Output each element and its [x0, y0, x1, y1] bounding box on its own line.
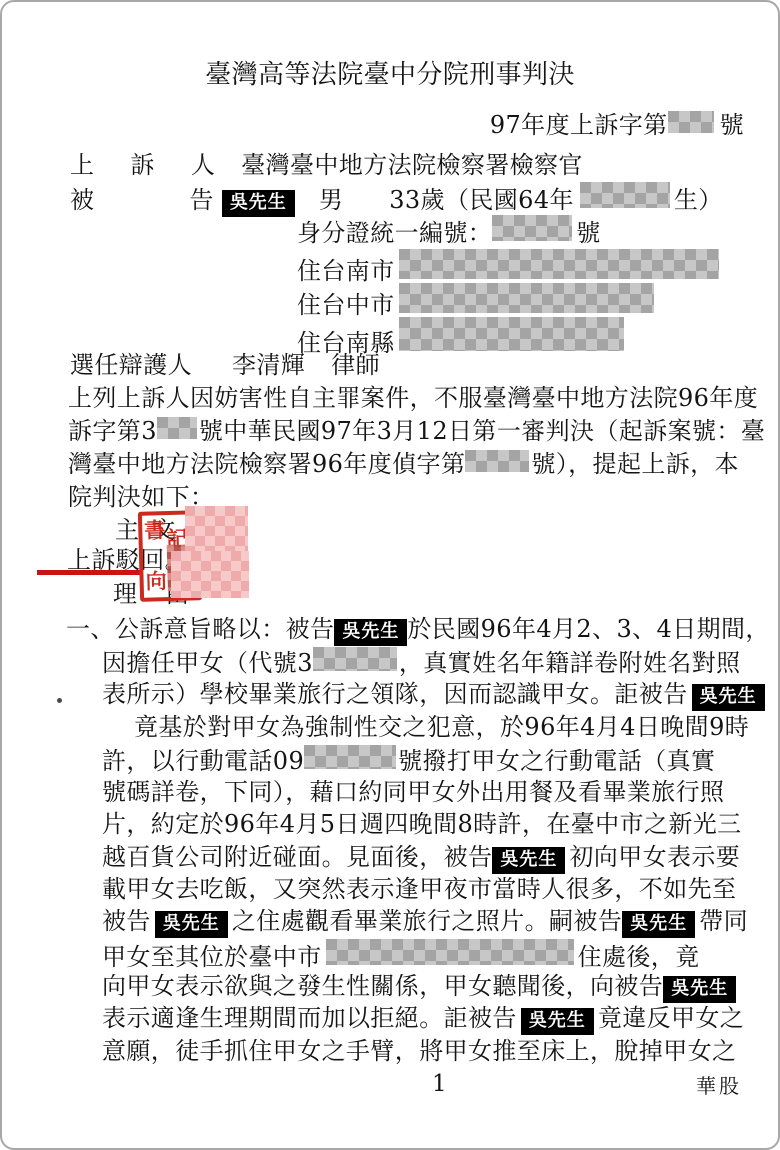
text-run: 越百貨公司附近碰面。見面後，被告: [102, 843, 492, 871]
redacted-defendant-name-box: 吳先生: [663, 976, 736, 1003]
text-run: 灣臺中地方法院檢察署96年度偵字第: [68, 450, 465, 478]
redacted-defendant-name-box: 吳先生: [492, 847, 565, 874]
text-run: 之住處觀看畢業旅行之照片。嗣被告: [232, 907, 622, 935]
division-label: 華股: [696, 1070, 742, 1099]
preamble-line-1: 上列上訴人因妨害性自主罪案件，不服臺灣臺中地方法院96年度: [68, 383, 758, 413]
text-run: 片，約定於96年4月5日週四晚間8時許，在臺中市之新光三: [102, 810, 742, 838]
text-run: 號: [720, 111, 744, 139]
redacted-defendant-name-box: 吳先生: [155, 911, 228, 938]
gray-redaction-mosaic: [668, 111, 714, 133]
text-run: 號撥打甲女之行動電話（真實: [398, 747, 715, 775]
text-run: 人: [191, 151, 215, 179]
body-line-1: 一、公訴意旨略以：被告吳先生於民國96年4月2、3、4日期間，: [66, 614, 770, 644]
redacted-defendant-name-box: 吳先生: [334, 619, 407, 646]
text-run: 初向甲女表示要: [569, 843, 740, 871]
body-line-7: 片，約定於96年4月5日週四晚間8時許，在臺中市之新光三: [102, 809, 742, 839]
text-run: 告: [189, 186, 213, 214]
text-run: 甲女至其位於臺中市: [102, 943, 322, 971]
text-run: 選任辯護人: [70, 351, 192, 379]
spacer: [214, 207, 222, 208]
spacer: [215, 172, 241, 173]
stamp-char-xiang: 向: [145, 570, 167, 592]
text-run: 臺灣高等法院臺中分院刑事判決: [205, 60, 575, 90]
stray-ink-dot: [57, 698, 62, 703]
text-run: 住處後，竟: [578, 943, 700, 971]
text-run: 97年度上訴字第: [490, 111, 668, 139]
text-run: 號中華民國97年3月12日第一審判決（起訴案號：臺: [199, 417, 765, 445]
gray-redaction-mosaic: [580, 182, 670, 208]
pink-redaction-mosaic: [171, 551, 249, 598]
text-run: 理: [113, 580, 137, 608]
text-run: 李清輝: [232, 351, 305, 379]
body-line-10: 被告吳先生之住處觀看畢業旅行之照片。嗣被告吳先生帶同: [102, 906, 748, 936]
text-run: 被告: [102, 907, 151, 935]
body-line-3: 表所示）學校畢業旅行之領隊，因而認識甲女。詎被告吳先生: [102, 679, 765, 709]
redacted-defendant-name-box: 吳先生: [692, 684, 765, 711]
defense-counsel-line: 選任辯護人李清輝律師: [70, 350, 380, 380]
spacer: [155, 172, 191, 173]
text-run: 住台中市: [297, 291, 395, 319]
redacted-defendant-name-box: 吳先生: [521, 1008, 594, 1035]
body-line-5: 許，以行動電話09號撥打甲女之行動電話（真實: [102, 745, 715, 775]
text-run: 訴: [130, 151, 154, 179]
text-run: 身分證統一編號：: [297, 219, 492, 247]
text-run: 號），提起上訴，本: [531, 450, 739, 478]
body-line-8: 越百貨公司附近碰面。見面後，被告吳先生初向甲女表示要: [102, 842, 740, 872]
text-run: 表示適逢生理期間而加以拒絕。詎被告: [102, 1004, 517, 1032]
body-line-9: 載甲女去吃飯，又突然表示逢甲夜市當時人很多，不如先至: [102, 874, 736, 904]
id-number-line: 身分證統一編號：號: [297, 215, 601, 245]
body-line-13: 表示適逢生理期間而加以拒絕。詎被告吳先生竟違反甲女之: [102, 1003, 744, 1033]
gray-redaction-mosaic: [157, 417, 197, 439]
text-run: 帶同: [699, 907, 748, 935]
text-run: 竟違反甲女之: [598, 1004, 744, 1032]
text-run: 訴字第3: [68, 417, 157, 445]
body-line-4: 竟基於對甲女為強制性交之犯意，於96年4月4日晚間9時: [134, 712, 749, 742]
text-run: 向甲女表示欲與之發生性關係，甲女聽聞後，向被告: [102, 972, 663, 1000]
text-run: 被: [70, 186, 94, 214]
spacer: [295, 207, 319, 208]
text-run: 載甲女去吃飯，又突然表示逢甲夜市當時人很多，不如先至: [102, 875, 736, 903]
spacer: [94, 207, 189, 208]
page-number: 1: [432, 1071, 447, 1097]
title-line: 臺灣高等法院臺中分院刑事判決: [2, 60, 778, 90]
body-line-11: 甲女至其位於臺中市住處後，竟: [102, 939, 700, 969]
redacted-defendant-name-box: 吳先生: [222, 190, 295, 217]
text-run: ，真實姓名年籍詳卷附姓名對照: [399, 649, 741, 677]
text-run: 上: [70, 151, 94, 179]
text-run: 住台南市: [297, 257, 395, 285]
party-defendant-line: 被告吳先生男33歲（民國64年生）: [70, 182, 723, 212]
gray-redaction-mosaic: [399, 283, 654, 313]
text-run: 律師: [331, 351, 380, 379]
text-run: 一、公訴意旨略以：被告: [66, 615, 334, 643]
text-run: 33歲（民國64年: [389, 186, 574, 214]
gray-redaction-mosaic: [326, 939, 574, 965]
text-run: 生）: [674, 186, 723, 214]
gray-redaction-mosaic: [492, 215, 572, 241]
text-run: 號: [576, 219, 600, 247]
body-line-2: 因擔任甲女（代號3，真實姓名年籍詳卷附姓名對照: [102, 647, 740, 677]
body-line-6: 號碼詳卷，下同），藉口約同甲女外出用餐及看畢業旅行照: [102, 777, 724, 807]
text-run: 上列上訴人因妨害性自主罪案件，不服臺灣臺中地方法院96年度: [68, 384, 758, 412]
text-run: 男: [319, 186, 343, 214]
gray-redaction-mosaic: [304, 745, 396, 769]
gray-redaction-mosaic: [399, 317, 624, 351]
spacer: [94, 172, 130, 173]
text-run: 意願，徒手抓住甲女之手臂，將甲女推至床上，脫掉甲女之: [102, 1037, 736, 1065]
gray-redaction-mosaic: [313, 647, 397, 671]
preamble-line-2: 訴字第3號中華民國97年3月12日第一審判決（起訴案號：臺: [68, 416, 765, 446]
text-run: 號碼詳卷，下同），藉口約同甲女外出用餐及看畢業旅行照: [102, 778, 724, 806]
stamp-char-shu: 書: [144, 519, 166, 541]
body-line-12: 向甲女表示欲與之發生性關係，甲女聽聞後，向被告吳先生: [102, 971, 736, 1001]
text-run: 主: [115, 516, 139, 544]
text-run: 竟基於對甲女為強制性交之犯意，於96年4月4日晚間9時: [134, 713, 749, 741]
case-number-line: 97年度上訴字第號: [490, 110, 744, 140]
address-taichung-city-line: 住台中市: [297, 283, 654, 313]
spacer: [305, 372, 331, 373]
address-tainan-county-line: 住台南縣: [297, 317, 624, 347]
redacted-defendant-name-box: 吳先生: [622, 911, 695, 938]
text-run: 表所示）學校畢業旅行之領隊，因而認識甲女。詎被告: [102, 680, 688, 708]
party-appellant-line: 上訴人臺灣臺中地方法院檢察署檢察官: [70, 150, 583, 180]
text-run: 許，以行動電話09: [102, 747, 304, 775]
judgment-document-page: 書 記 向 1 華股 臺灣高等法院臺中分院刑事判決97年度上訴字第號上訴人臺灣臺…: [0, 0, 780, 1150]
spacer: [192, 372, 232, 373]
gray-redaction-mosaic: [465, 450, 529, 472]
address-tainan-city-line: 住台南市: [297, 249, 719, 279]
preamble-line-3: 灣臺中地方法院檢察署96年度偵字第號），提起上訴，本: [68, 449, 739, 479]
text-run: 因擔任甲女（代號3: [102, 649, 313, 677]
pink-redaction-mosaic: [185, 506, 248, 553]
spacer: [343, 207, 389, 208]
gray-redaction-mosaic: [399, 249, 719, 279]
body-line-14: 意願，徒手抓住甲女之手臂，將甲女推至床上，脫掉甲女之: [102, 1036, 736, 1066]
text-run: 臺灣臺中地方法院檢察署檢察官: [241, 151, 583, 179]
text-run: 於民國96年4月2、3、4日期間，: [407, 615, 769, 643]
red-underline: [37, 570, 143, 575]
